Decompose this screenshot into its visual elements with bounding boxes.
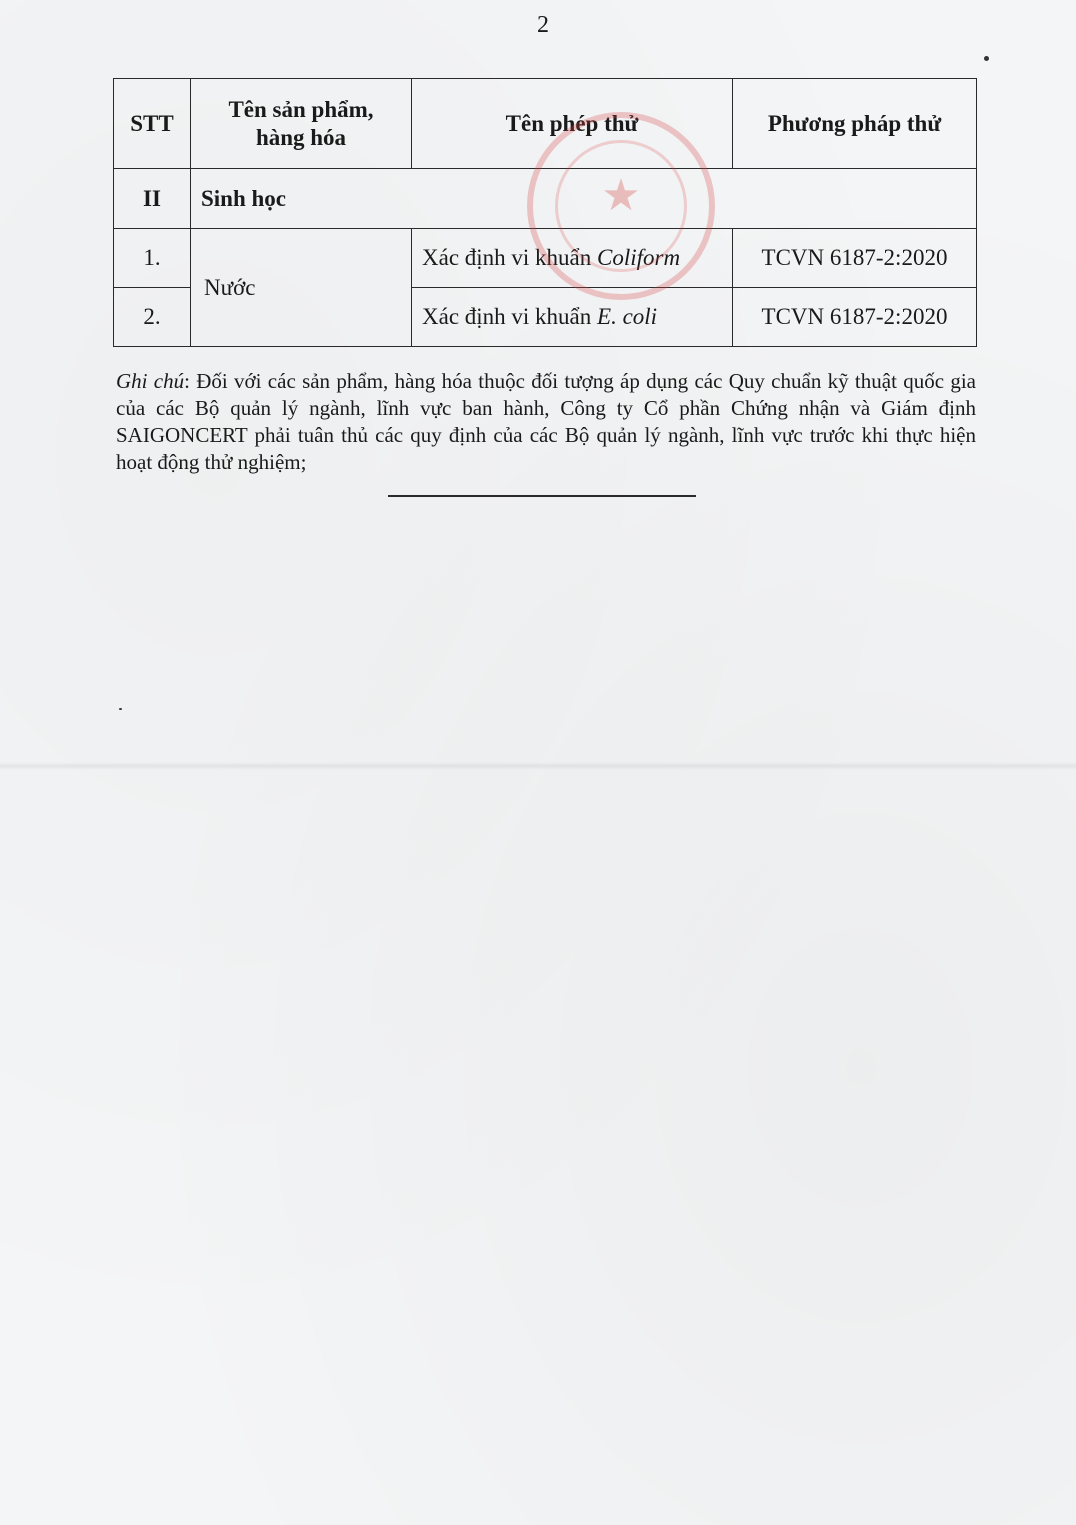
test-prefix: Xác định vi khuẩn xyxy=(422,245,597,270)
end-divider xyxy=(388,495,696,497)
test-organism: E. coli xyxy=(597,304,657,329)
test-prefix: Xác định vi khuẩn xyxy=(422,304,597,329)
group-stt: II xyxy=(114,169,191,229)
row-stt: 2. xyxy=(114,288,191,347)
table-row: 1. Nước Xác định vi khuẩn Coliform TCVN … xyxy=(114,229,977,288)
test-organism: Coliform xyxy=(597,245,680,270)
row-stt: 1. xyxy=(114,229,191,288)
scan-speck xyxy=(984,56,989,61)
document-page: 2 STT Tên sản phẩm, hàng hóa Tên phép th… xyxy=(0,0,1076,1525)
header-stt: STT xyxy=(114,79,191,169)
row-method: TCVN 6187-2:2020 xyxy=(733,288,977,347)
table-group-row: II Sinh học xyxy=(114,169,977,229)
test-scope-table: STT Tên sản phẩm, hàng hóa Tên phép thử … xyxy=(113,78,977,347)
page-number: 2 xyxy=(0,12,1076,39)
header-product: Tên sản phẩm, hàng hóa xyxy=(191,79,412,169)
note-label: Ghi chú xyxy=(116,369,184,393)
row-product: Nước xyxy=(191,229,412,347)
footnote: Ghi chú: Đối với các sản phẩm, hàng hóa … xyxy=(116,368,976,476)
group-label: Sinh học xyxy=(191,169,977,229)
paper-fold-line xyxy=(0,762,1076,770)
row-method: TCVN 6187-2:2020 xyxy=(733,229,977,288)
table-header-row: STT Tên sản phẩm, hàng hóa Tên phép thử … xyxy=(114,79,977,169)
row-test-name: Xác định vi khuẩn E. coli xyxy=(412,288,733,347)
header-method: Phương pháp thử xyxy=(733,79,977,169)
scan-speck xyxy=(119,708,122,710)
header-test-name: Tên phép thử xyxy=(412,79,733,169)
note-text: : Đối với các sản phẩm, hàng hóa thuộc đ… xyxy=(116,369,976,474)
row-test-name: Xác định vi khuẩn Coliform xyxy=(412,229,733,288)
